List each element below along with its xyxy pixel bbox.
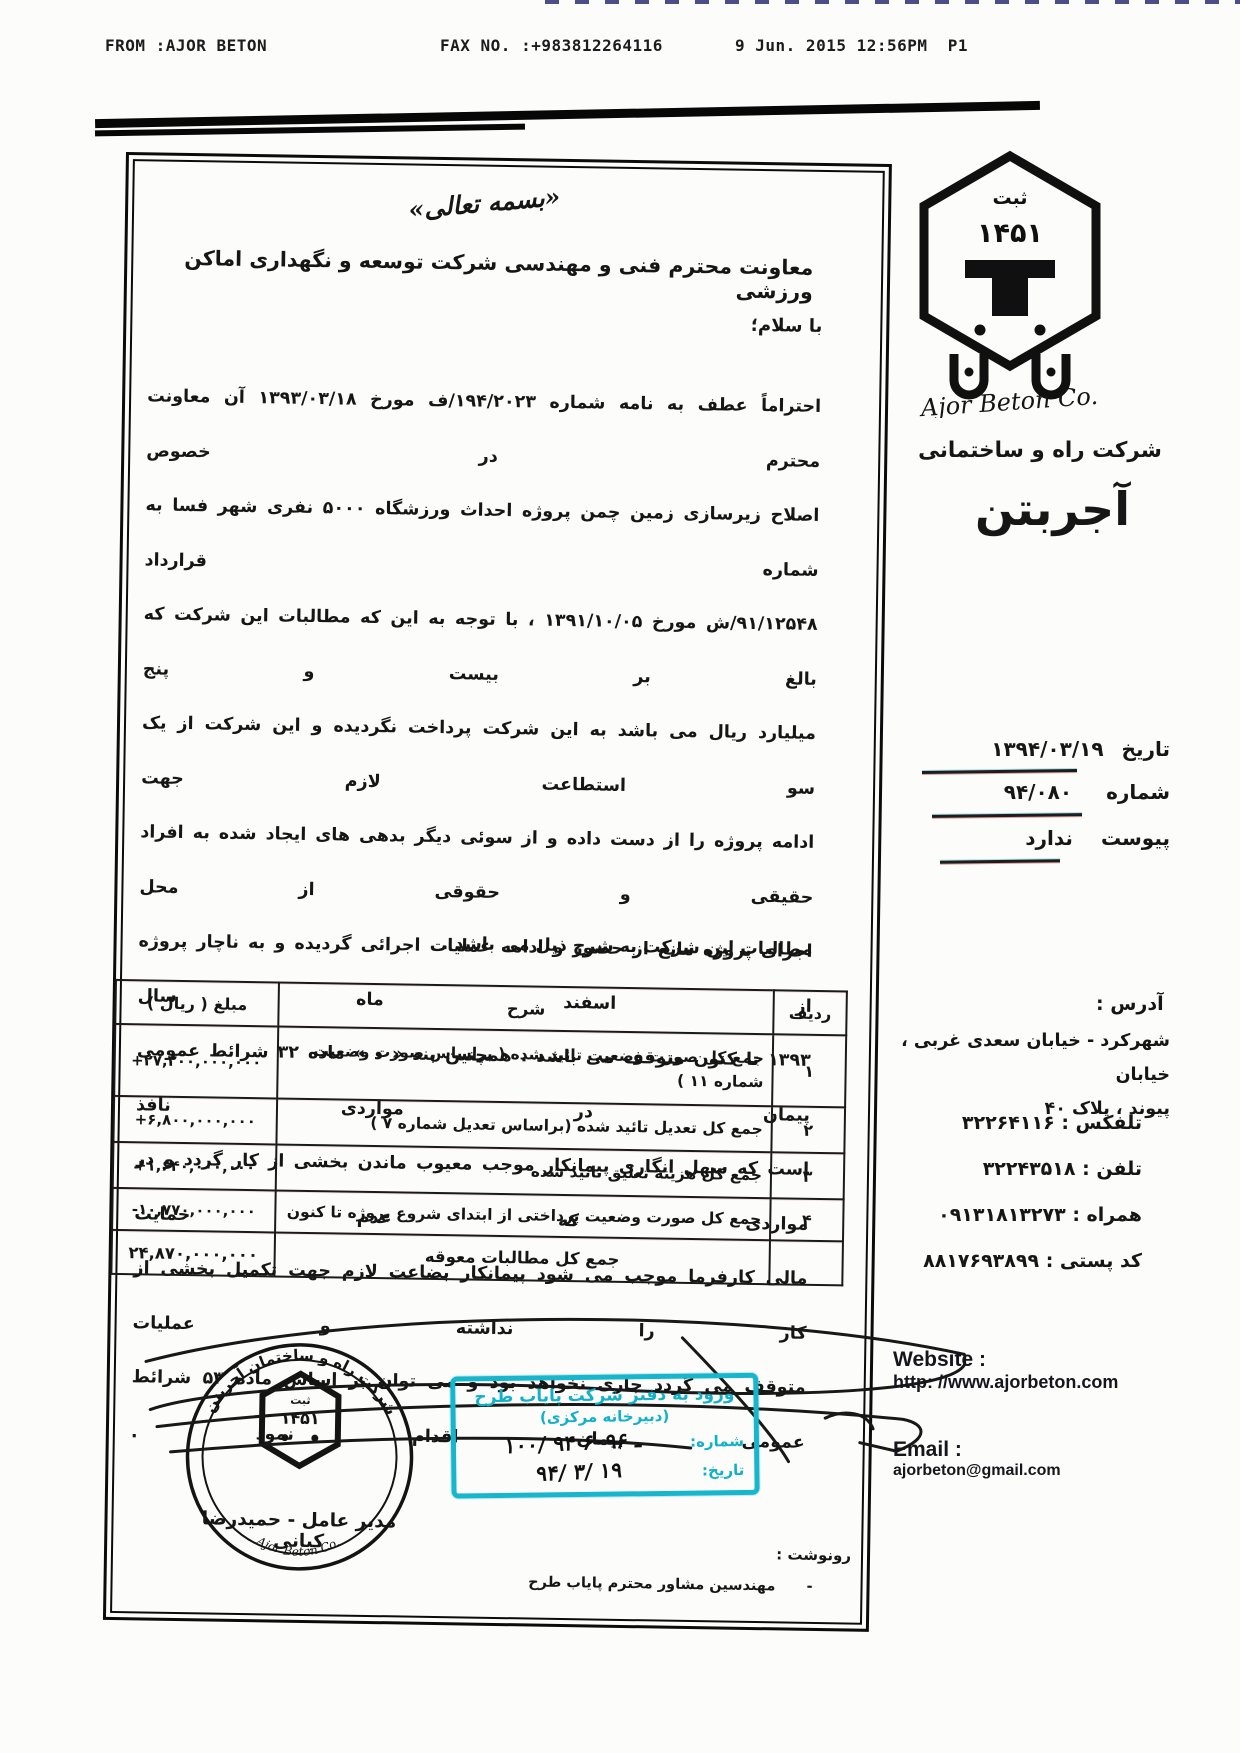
svg-text:Ajor Beton Co.: Ajor Beton Co. [918, 382, 1099, 418]
phone-label: تلفن : [1082, 1158, 1142, 1180]
company-name: آجربتن [945, 482, 1160, 536]
fax-datetime: 9 Jun. 2015 12:56PM P1 [735, 36, 968, 55]
total-amount: ۲۴,۸۷۰,۰۰۰,۰۰۰ [111, 1230, 275, 1277]
email-value: ajorbeton@gmail.com [893, 1462, 1061, 1480]
email-label: Email : [893, 1438, 1061, 1462]
website-block: Website : http: //www.ajorbeton.com [893, 1348, 1118, 1393]
total-desc: جمع کل مطالبات معوقه [274, 1232, 770, 1284]
letterhead-sidebar: ثبت ۱۴۵۱ Ajor Beton Co. شرکت راه و ساختم… [880, 140, 1240, 1540]
postal-label: کد پستی : [1046, 1250, 1142, 1272]
mobile-label: همراه : [1072, 1204, 1142, 1226]
bismillah: «بسمه تعالی» [378, 179, 590, 227]
col-header-amount: مبلغ ( ریال ) [115, 980, 279, 1027]
salutation: با سلام؛ [751, 315, 823, 337]
entry-stamp-line2: (دبیرخانه مرکزی) [466, 1406, 744, 1427]
row-desc: جمع کل صورت وضعیت تائید شده ( براساس صور… [277, 1026, 773, 1106]
date-row: تاریخ ۱۳۹۴/۰۳/۱۹ [905, 737, 1170, 761]
body-line: ۹۱/۱۲۵۴۸/ش مورخ ۱۳۹۱/۱۰/۰۵ ، با توجه به … [142, 587, 818, 707]
recipient-line: معاونت محترم فنی و مهندسی شرکت توسعه و ن… [133, 245, 814, 304]
scan-artifact-dashes [545, 0, 1240, 4]
company-type: شرکت راه و ساختمانی [885, 438, 1195, 463]
attachment-row: پیوست ندارد [905, 826, 1170, 850]
phone-value: ۳۲۲۴۳۵۱۸ [983, 1158, 1076, 1180]
entry-stamp: ورود به دفتر شرکت پایاب طرح (دبیرخانه مر… [450, 1373, 759, 1499]
date-value: ۱۳۹۴/۰۳/۱۹ [991, 737, 1103, 761]
row-desc: جمع کل تعدیل تائید شده (براساس تعدیل شما… [276, 1098, 772, 1152]
col-header-row: ردیف [773, 990, 847, 1035]
website-label: Website : [893, 1348, 1118, 1372]
row-amount: -۱۰,۷۷۰,۰۰۰,۰۰۰ [112, 1188, 276, 1233]
letter-frame: «بسمه تعالی» معاونت محترم فنی و مهندسی ش… [103, 152, 892, 1632]
row-number: ۱ [772, 1034, 846, 1107]
email-block: Email : ajorbeton@gmail.com [893, 1438, 1061, 1480]
row-amount: +۲۷,۲۰۰,۰۰۰,۰۰۰ [114, 1024, 278, 1099]
row-amount: +۱,۶۴۰,۰۰۰,۰۰۰ [113, 1142, 277, 1191]
number-value: ۹۴/۰۸۰ [1004, 780, 1072, 804]
date-label: تاریخ [1122, 737, 1170, 761]
claims-table: ردیف شرح مبلغ ( ریال ) ۱ جمع کل صورت وضع… [110, 979, 848, 1286]
number-row: شماره ۹۴/۰۸۰ [905, 780, 1170, 804]
mobile-value: ۰۹۱۳۱۸۱۳۲۷۳ [938, 1204, 1066, 1226]
body-line: ادامه پروژه را از دست داده و از سوئی دیگ… [139, 805, 815, 925]
number-underline [932, 813, 1082, 818]
company-logo-icon: ثبت ۱۴۵۱ Ajor Beton Co. [900, 148, 1120, 418]
cc-dash: - [806, 1579, 812, 1595]
body-line: اصلاح زیرسازی زمین چمن پروژه احداث ورزشگ… [144, 478, 820, 598]
row-number: ۴ [770, 1198, 844, 1241]
postal-value: ۸۸۱۷۶۹۳۸۹۹ [923, 1250, 1039, 1272]
letter-frame-inner: «بسمه تعالی» معاونت محترم فنی و مهندسی ش… [110, 159, 885, 1625]
website-value: http: //www.ajorbeton.com [893, 1372, 1118, 1393]
entry-stamp-number-row: شماره: ۱۰۰/ ۹۴ ـ ۶۰۹۶ [466, 1428, 744, 1456]
col-header-desc: شرح [278, 983, 774, 1035]
entry-stamp-number-label: شماره: [690, 1431, 744, 1450]
telefax-row: تلفکس : ۳۲۲۶۴۱۱۶ [880, 1100, 1142, 1146]
row-desc: جمع کل هزینه تعلیق تائید شده [276, 1144, 772, 1198]
address-label: آدرس : [1096, 993, 1164, 1015]
svg-text:ثبت: ثبت [290, 1394, 310, 1407]
svg-text:۱۴۵۱: ۱۴۵۱ [977, 218, 1043, 249]
fax-number: FAX NO. :+983812264116 [440, 36, 663, 55]
managing-director-title: مدیر عامل - حمیدرضا کیانی [181, 1508, 417, 1554]
attachment-value: ندارد [1025, 826, 1073, 850]
address-line1: شهرکرد - خیابان سعدی غربی ، خیابان [888, 1024, 1170, 1092]
contact-list: تلفکس : ۳۲۲۶۴۱۱۶ تلفن : ۳۲۲۴۳۵۱۸ همراه :… [880, 1100, 1142, 1284]
entry-stamp-date-row: تاریخ: ۹۴/ ۳/ ۱۹ [466, 1457, 744, 1485]
telefax-label: تلفکس : [1061, 1112, 1142, 1134]
fax-from: FROM :AJOR BETON [105, 36, 267, 55]
entry-stamp-date-value: ۹۴/ ۳/ ۱۹ [466, 1454, 693, 1490]
entry-stamp-line1: ورود به دفتر شرکت پایاب طرح [465, 1384, 743, 1407]
number-label: شماره [1106, 780, 1170, 804]
fax-page: FROM :AJOR BETON FAX NO. :+983812264116 … [0, 0, 1240, 1753]
scan-artifact-band [95, 101, 1040, 128]
body-line: احتراماً عطف به نامه شماره ۱۹۴/۲۰۲۳/ف مو… [146, 369, 822, 489]
attachment-label: پیوست [1101, 826, 1170, 850]
svg-text:ثبت: ثبت [992, 187, 1027, 209]
attachment-underline [940, 859, 1060, 863]
postal-row: کد پستی : ۸۸۱۷۶۹۳۸۹۹ [880, 1238, 1142, 1284]
mobile-row: همراه : ۰۹۱۳۱۸۱۳۲۷۳ [880, 1192, 1142, 1238]
row-number: ۳ [771, 1152, 845, 1199]
table-row: ۱ جمع کل صورت وضعیت تائید شده ( براساس ص… [114, 1024, 846, 1107]
entry-stamp-date-label: تاریخ: [702, 1460, 745, 1479]
telefax-value: ۳۲۲۶۴۱۱۶ [962, 1112, 1055, 1134]
cc-label: رونوشت : [776, 1545, 851, 1564]
fax-header: FROM :AJOR BETON FAX NO. :+983812264116 … [0, 36, 1240, 66]
total-row-empty [769, 1240, 843, 1285]
phone-row: تلفن : ۳۲۲۴۳۵۱۸ [880, 1146, 1142, 1192]
body-line: میلیارد ریال می باشد به این شرکت پرداخت … [141, 696, 817, 816]
date-underline [922, 769, 1077, 774]
svg-text:شرکت راه و ساختمان آجربتن: شرکت راه و ساختمان آجربتن [200, 1344, 402, 1418]
row-amount: +۶,۸۰۰,۰۰۰,۰۰۰ [113, 1096, 277, 1145]
row-number: ۲ [771, 1106, 845, 1153]
